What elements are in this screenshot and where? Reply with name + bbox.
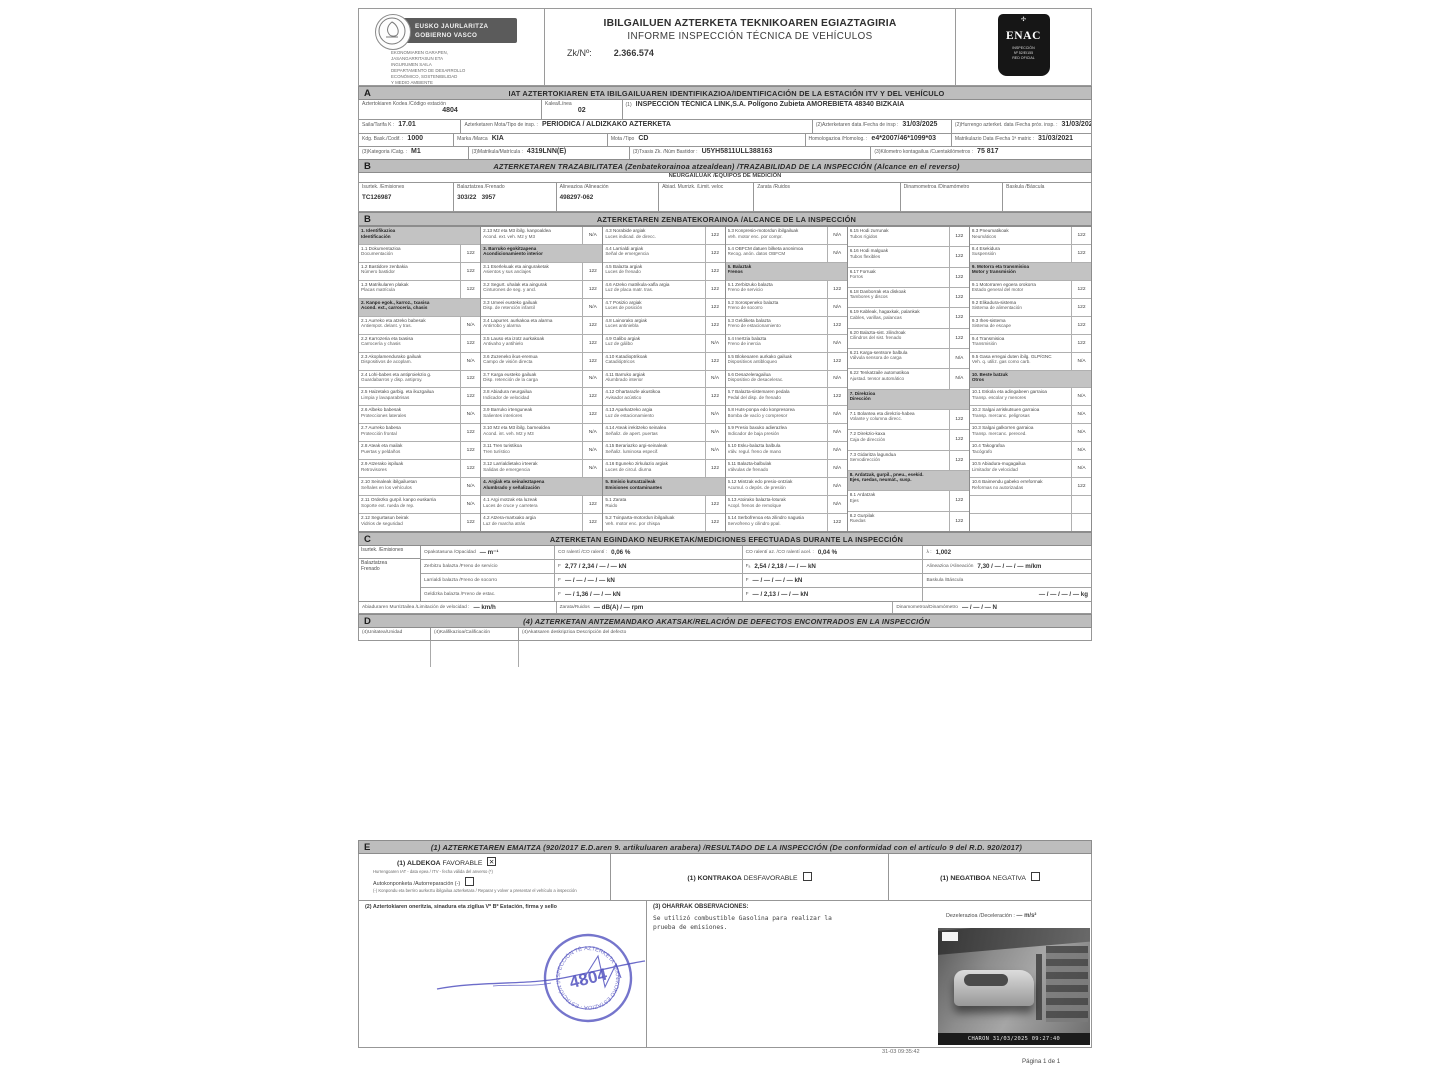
item-result: N/A xyxy=(827,371,847,388)
measurement-row: Larrialdi balazta /Freno de socorroF— / … xyxy=(421,574,1091,588)
item-result: N/A xyxy=(827,335,847,352)
section-c-bar: C AZTERKETAN EGINDAKO NEURKETAK/MEDICION… xyxy=(358,532,1092,546)
equipment-label: Zarata /Ruidos xyxy=(757,184,896,190)
scope-item: 1.2 Bastidore zenbakiaNúmero bastidor122 xyxy=(359,263,480,281)
deceleration-field: Dezelerazioa /Deceleración : — m/s² xyxy=(946,913,1036,919)
item-result: 122 xyxy=(827,388,847,405)
item-label-es: Carrocería y chasis xyxy=(361,341,458,347)
odometer: (3)Kilometro kontagailua /Cuentakilómetr… xyxy=(871,147,1091,160)
item-result: 122 xyxy=(582,514,602,531)
item-label-es: Sistema de alimentación xyxy=(972,305,1069,311)
item-label-es: Avisador acústico xyxy=(605,395,702,401)
scope-item: 6.15 Hodi zurrunakTubos rígidos122 xyxy=(848,227,969,247)
item-result: N/A xyxy=(1071,388,1091,405)
scope-item: 2.7 Aurreko babesaProtección frontal122 xyxy=(359,424,480,442)
item-label-es: Válvula sensora de carga xyxy=(850,355,947,361)
vin-label: (3)Txasis Zk. /Núm Bastidor : xyxy=(633,149,698,155)
item-label-es: Sistema de escape xyxy=(972,323,1069,329)
item-result: 122 xyxy=(460,263,480,280)
scope-item: 9.1 Motorraren egoera orokorraEstado gen… xyxy=(970,281,1091,299)
category: (3)Kategoria /Catg. :M1 xyxy=(359,147,469,160)
scope-item: 5.4 OBFCM datuen bilketa anonimoaRecog. … xyxy=(726,245,847,263)
scope-item: 6.1 Zerbitzuko balaztaFreno de servicio1… xyxy=(726,281,847,299)
item-label-es: Acopl. frenos de remolque xyxy=(728,503,825,509)
item-result: N/A xyxy=(949,349,969,368)
category-value: M1 xyxy=(411,148,421,155)
print-timestamp: 31-03 09:35:42 xyxy=(882,1049,920,1055)
scope-item: 6.21 Karga-sentsore balbulaVálvula senso… xyxy=(848,349,969,369)
equipment-label: Abiad. Murrizk. /Limit. veloc xyxy=(662,184,750,190)
inspection-type-label: Azterketaren Mota/Tipo de insp. : xyxy=(464,122,537,128)
inspection-photo: CHARON 31/03/2025 09:27:40 xyxy=(938,928,1090,1045)
item-label-es: Estado general del motor xyxy=(972,287,1069,293)
first-registration-date: Matrikulazio Data /Fecha 1ª matric :31/0… xyxy=(952,134,1091,147)
next-inspection-date-label: (2)Hurrengo azterket. data /Fecha próx. … xyxy=(955,122,1058,128)
item-label-es: Dispositivos de acoplam. xyxy=(361,359,458,365)
measurement-row: Geldizka balazta /Freno de estac.F— / 1,… xyxy=(421,588,1091,601)
measurement-label: Zerbitzu balazta /Freno de servicio xyxy=(424,564,498,569)
autorepair-checkbox xyxy=(465,877,474,886)
measurement-value: — dB(A) / — rpm xyxy=(594,604,644,611)
item-result: 122 xyxy=(460,424,480,441)
measurement-label: Geldizka balazta /Freno de estac. xyxy=(424,592,495,597)
scope-item: 10.1 Eskola eta adingabeen garraioaTrans… xyxy=(970,388,1091,406)
item-result: N/A xyxy=(827,424,847,441)
scope-item: 10.6 Baimendu gabeko erreformakReformas … xyxy=(970,478,1091,496)
section-d-letter: D xyxy=(359,616,388,627)
autorepair-note: (-) Konpondu eta berriro aurkeztu ibilga… xyxy=(373,888,604,893)
scope-item: 10.4 TakografoaTacógrafoN/A xyxy=(970,442,1091,460)
item-label-es: Tubos flexibles xyxy=(850,254,947,260)
item-result: 122 xyxy=(1071,335,1091,352)
item-result: N/A xyxy=(949,369,969,388)
measurement-row: Opakotasuna /Opacidad— m⁻¹CO ralentí /CO… xyxy=(421,546,1091,560)
plate-value: 4319LNN(E) xyxy=(527,148,566,155)
result-unfavorable-cell: (1) KONTRAKOA DESFAVORABLE xyxy=(611,854,889,900)
item-label-es: Luces de frenado xyxy=(605,269,702,275)
defects-col-rating: (4)Kalifikazioa/Calificación xyxy=(431,628,519,640)
scope-item: 6.9 Presio baxuko adierazleaIndicador de… xyxy=(726,424,847,442)
item-result: 122 xyxy=(827,317,847,334)
measurement-row: Zerbitzu balazta /Freno de servicioF2,77… xyxy=(421,560,1091,574)
measurements-table: Isurtek. /Emisiones Balaztatzea Frenado … xyxy=(358,546,1092,602)
document-title-eu: IBILGAILUEN AZTERKETA TEKNIKOAREN EGIAZT… xyxy=(545,18,955,29)
station-name-label: (1) xyxy=(626,102,632,108)
item-result: 122 xyxy=(705,317,725,334)
item-result: N/A xyxy=(1071,424,1091,441)
item-label-es: Cilindros del sist. frenado xyxy=(850,335,947,341)
scope-item xyxy=(970,514,1091,531)
favorable-note: Hurrengoaren IAT - data epea / ITV - fec… xyxy=(373,869,604,874)
item-label-es: Asientos y sus anclajes xyxy=(483,269,580,275)
make: Marka /MarcaKIA xyxy=(454,134,608,147)
scope-item: 6.4 Inertzia balaztaFreno de inerciaN/A xyxy=(726,335,847,353)
document-header: EUSKO JAURLARITZA GOBIERNO VASCO EKONOMI… xyxy=(358,8,1092,86)
measurement-label: Larrialdi balazta /Freno de socorro xyxy=(424,578,497,583)
codif: Kdg. Bask./Codif. :1000 xyxy=(359,134,454,147)
scope-item: 4.3 Norabide argiakLuces indicad. de dir… xyxy=(603,227,724,245)
scope-item: 2.13 M2 eta M3 ibilg. kanpoaldeaAcond. e… xyxy=(481,227,602,245)
scope-item xyxy=(970,496,1091,514)
measurement-label: Abiaduraren Murriztailea /Limitación de … xyxy=(362,605,469,610)
equipment-cell: Zarata /Ruidos xyxy=(754,183,900,211)
photo-vehicle-window xyxy=(964,974,1008,986)
station-code: Aztertokiaren Kodea /Código estación4804 xyxy=(359,100,542,119)
scope-section-header: 2. Kanpo egok., karroz., txasisaAcond. e… xyxy=(359,299,480,317)
scope-section-header: 1. IdentifikazioaIdentificación xyxy=(359,227,480,245)
item-result: 122 xyxy=(1071,281,1091,298)
plate-label: (3)Matrikula/Matrícula : xyxy=(472,149,523,155)
item-result: N/A xyxy=(705,406,725,423)
equipment-label: Balaztatzea /Frenado xyxy=(457,184,552,190)
measurement-label: Fₐ xyxy=(746,564,751,569)
item-result: 122 xyxy=(582,317,602,334)
scope-item: 3.1 Eserlekuak eta ainguraketakAsientos … xyxy=(481,263,602,281)
item-label-es: Tambores y discos xyxy=(850,294,947,300)
equipment-serial: 303/22 3957 xyxy=(457,194,552,201)
item-label-es: Alumbrado interior xyxy=(605,377,702,383)
inspection-date-value: 31/03/2025 xyxy=(902,121,937,128)
measurement-value: — / — / — N xyxy=(962,604,997,611)
autorepair-line: Autokonponketa /Autorreparación (-) xyxy=(373,877,604,887)
item-result: 122 xyxy=(460,371,480,388)
enac-accreditation-text: INSPECCIÓN Nº 52/EI155 RED OFICIAL xyxy=(998,46,1050,62)
measurement-cell: Opakotasuna /Opacidad— m⁻¹ xyxy=(421,546,555,559)
item-label-es: Frenos xyxy=(728,269,845,275)
item-label-es: Placas matrícula xyxy=(361,287,458,293)
item-result: 122 xyxy=(705,227,725,244)
measurement-cell: Alineazioa /Alineación7,30 / — / — / — m… xyxy=(923,560,1091,573)
scope-column: 1. IdentifikazioaIdentificación1.1 Dokum… xyxy=(359,227,481,531)
scope-item: 1.3 Matrikularen plakakPlacas matrícula1… xyxy=(359,281,480,299)
item-result: 122 xyxy=(1071,317,1091,334)
measurement-value: — / — / — / — kg xyxy=(1039,591,1088,598)
item-result: N/A xyxy=(705,424,725,441)
item-result: 122 xyxy=(582,263,602,280)
item-label-es: Luces de circul. diurna xyxy=(605,467,702,473)
item-label-es: Suspensión xyxy=(972,251,1069,257)
item-label-es: Salientes interiores xyxy=(483,413,580,419)
item-label-es: Reformas no autorizadas xyxy=(972,485,1069,491)
item-label-es: Señales en los vehículos xyxy=(361,485,458,491)
measurement-cell: CO ralentí /CO ralentí :0,06 % xyxy=(555,546,743,559)
scope-item: 3.5 Lauso eta izotz aurkakoakAntivaho y … xyxy=(481,335,602,353)
scope-column: 2.13 M2 eta M3 ibilg. kanpoaldeaAcond. e… xyxy=(481,227,603,531)
identification-row: Saila/Tarifa K :17.01Azterketaren Mota/T… xyxy=(358,120,1092,134)
scope-section-header: 6. BalaztakFrenos xyxy=(726,263,847,281)
report-number-value: 2.366.574 xyxy=(614,48,654,58)
scope-section-header: 4. Argiak eta seinaleztapenaAlumbrado y … xyxy=(481,478,602,496)
measurement-label: F xyxy=(746,592,749,597)
item-label-es: Neumáticos xyxy=(972,234,1069,240)
item-label-es: Forros xyxy=(850,274,947,280)
item-label-es: Bomba de vacío y compresor xyxy=(728,413,825,419)
measurement-value: 2,77 / 2,34 / — / — kN xyxy=(565,563,627,570)
item-result: N/A xyxy=(582,442,602,459)
item-result: N/A xyxy=(1071,460,1091,477)
scope-item: 8.3 PneumatikoakNeumáticos122 xyxy=(970,227,1091,245)
item-label-es: Motor y transmisión xyxy=(972,269,1089,275)
scope-item: 2.5 Haizetako garbig. eta ikuzgailuaLimp… xyxy=(359,388,480,406)
type: Mota /TipoCD xyxy=(608,134,806,147)
section-b1-bar: B AZTERKETAREN TRAZABILITATEA (Zenbateko… xyxy=(358,159,1092,173)
measurement-cell: CO ralentí az. /CO ralentí acel. :0,04 % xyxy=(743,546,924,559)
scope-item: 6.10 Esku-balazta balbulaVálv. regul. fr… xyxy=(726,442,847,460)
item-label-es: Dirección xyxy=(850,396,967,402)
first-registration-date-label: Matrikulazio Data /Fecha 1ª matric : xyxy=(955,136,1034,142)
item-result: 122 xyxy=(460,442,480,459)
section-b2-title: AZTERKETAREN ZENBATEKORAINOA /ALCANCE DE… xyxy=(388,215,1091,224)
item-label-es: Veh. q. utiliz. gas como carb. xyxy=(972,359,1069,365)
item-result: N/A xyxy=(1071,406,1091,423)
equipment-label: Alineazioa /Alineación xyxy=(560,184,655,190)
document-page: EUSKO JAURLARITZA GOBIERNO VASCO EKONOMI… xyxy=(358,8,1092,1070)
scope-item: 3.10 M2 eta M3 ibilg. barnealdeaAcond. i… xyxy=(481,424,602,442)
item-result: 122 xyxy=(582,281,602,298)
item-result: 122 xyxy=(460,388,480,405)
tariff: Saila/Tarifa K :17.01 xyxy=(359,120,461,133)
measurement-label: Alineazioa /Alineación xyxy=(926,564,973,569)
section-d-bar: D (4) AZTERKETAN ANTZEMANDAKO AKATSAK/RE… xyxy=(358,614,1092,628)
item-label-es: Número bastidor xyxy=(361,269,458,275)
scope-item: 3.3 Umeei eusteko gailuakDisp. de retenc… xyxy=(481,299,602,317)
identification-row: Kdg. Bask./Codif. :1000Marka /MarcaKIAMo… xyxy=(358,134,1092,148)
item-result: 122 xyxy=(949,329,969,348)
measurement-label: λ : xyxy=(926,550,931,555)
item-label-es: Válv. regul. freno de mano xyxy=(728,449,825,455)
item-label-es: Ejes, ruedas, neumát., susp. xyxy=(850,477,967,483)
measurement-label: Zarata/Ruidos xyxy=(560,605,590,610)
measurement-label: F xyxy=(558,578,561,583)
item-result: 122 xyxy=(949,451,969,470)
scope-item: 8.1 ArdatzakEjes122 xyxy=(848,491,969,511)
station-name-value: INSPECCIÓN TÉCNICA LINK,S.A. Polígono Zu… xyxy=(636,101,905,108)
measurement-value: — / 1,36 / — / — kN xyxy=(565,591,621,598)
homologation-value: e4*2007/46*1099*03 xyxy=(871,135,936,142)
inspection-date: (2)Azterketaren data /Fecha de insp :31/… xyxy=(813,120,952,133)
station-stamp-and-signature: · AZTERKETA TEKNIKOKO ESTAZIOA · ESTACIÓ… xyxy=(433,903,668,1053)
item-label-es: Catadióptricos xyxy=(605,359,702,365)
item-result: N/A xyxy=(705,371,725,388)
measurement-cell: Baskula /Báscula xyxy=(923,574,1091,587)
result-favorable: (1) ALDEKOA FAVORABLE xyxy=(373,857,604,867)
item-result: N/A xyxy=(582,371,602,388)
department-name-es: DEPARTAMENTO DE DESARROLLO ECONÓMICO, SO… xyxy=(391,68,465,86)
report-number: Zk/Nº:2.366.574 xyxy=(545,48,955,58)
result-row: (1) ALDEKOA FAVORABLE Hurrengoaren IAT -… xyxy=(358,854,1092,901)
item-label-es: Vidrios de seguridad xyxy=(361,521,458,527)
department-name-eu: EKONOMIAREN GARAPEN, JASANGARRITASUN ETA… xyxy=(391,50,448,68)
scope-item: 6.2 Sorospeneko balaztaFreno de socorroN… xyxy=(726,299,847,317)
measurements-legend: Isurtek. /Emisiones Balaztatzea Frenado xyxy=(359,546,421,601)
item-label-es: Indicador de velocidad xyxy=(483,395,580,401)
item-label-es: Retrovisores xyxy=(361,467,458,473)
item-label-es: Luz de placa matr. tras. xyxy=(605,287,702,293)
scope-item: 3.8 Abiadura neurgailuaIndicador de velo… xyxy=(481,388,602,406)
item-label-es: Disp. retención de la carga xyxy=(483,377,580,383)
item-result: 122 xyxy=(705,245,725,262)
item-label-es: Protección frontal xyxy=(361,431,458,437)
equipment-table: Isurtek. /EmisionesTC126987Balaztatzea /… xyxy=(358,183,1092,212)
measurement-value: — / 2,13 / — / — kN xyxy=(753,591,809,598)
scope-item: 5.3 Konpresio-motordun ibilgailuakVeh. m… xyxy=(726,227,847,245)
item-result: 122 xyxy=(949,308,969,327)
item-result: 122 xyxy=(949,512,969,531)
equipment-label: Dinamometroa /Dinamómetro xyxy=(904,184,999,190)
item-result: 122 xyxy=(582,335,602,352)
next-inspection-date-value: 31/03/2027 xyxy=(1061,121,1091,128)
section-e-bar: E (1) AZTERKETAREN EMAITZA (920/2017 E.D… xyxy=(358,840,1092,854)
inspection-type-value: PERIODICA / ALDIZKAKO AZTERKETA xyxy=(542,121,671,128)
identification-table: Aztertokiaren Kodea /Código estación4804… xyxy=(358,100,1092,161)
item-result: 122 xyxy=(949,268,969,287)
item-label-es: Alumbrado y señalización xyxy=(483,485,600,491)
scope-item: 10.3 Salgai galkorren garraioaTransp. me… xyxy=(970,424,1091,442)
measurement-label: F xyxy=(558,564,561,569)
scope-column: 5.3 Konpresio-motordun ibilgailuakVeh. m… xyxy=(726,227,848,531)
scope-item: 2.12 Segurtasun beirakVidrios de segurid… xyxy=(359,514,480,531)
item-label-es: Acond. ext., carrocería, chasis xyxy=(361,305,478,311)
item-result: 122 xyxy=(949,288,969,307)
item-result: N/A xyxy=(460,478,480,495)
scope-section-header: 3. Barruko egokitzapenaAcondicionamiento… xyxy=(481,245,602,263)
scope-item: 6.6 DesazeleragailuaDispositivo de desac… xyxy=(726,371,847,389)
scope-item: 5.2 Txinparta-motordun ibilgailuakVeh. m… xyxy=(603,514,724,531)
measurement-cell: Zerbitzu balazta /Freno de servicio xyxy=(421,560,555,573)
item-label-es: Transp. escolar y menores xyxy=(972,395,1069,401)
scope-section-header: 10. Beste batzukOtros xyxy=(970,371,1091,389)
item-result: N/A xyxy=(582,227,602,244)
item-label-es: Protecciones laterales xyxy=(361,413,458,419)
type-label: Mota /Tipo xyxy=(611,136,634,142)
item-label-es: Tacógrafo xyxy=(972,449,1069,455)
equipment-cell: Baskula /Báscula xyxy=(1003,183,1091,211)
scope-item: 6.3 Geldiketa balaztaFreno de estacionam… xyxy=(726,317,847,335)
first-registration-date-value: 31/03/2021 xyxy=(1038,135,1073,142)
item-label-es: Guardabarros y disp. antiproy. xyxy=(361,377,458,383)
scope-item: 4.9 Galibo argiakLuz de gáliboN/A xyxy=(603,335,724,353)
item-result: 122 xyxy=(582,406,602,423)
scope-item: 10.5 Abiadura-mugagailuaLimitador de vel… xyxy=(970,460,1091,478)
scope-item: 2.10 Seinaleak ibilgailuetanSeñales en l… xyxy=(359,478,480,496)
item-result: 122 xyxy=(827,514,847,531)
scope-item: 4.8 Lainorako argiakLuces antiniebla122 xyxy=(603,317,724,335)
photo-lift-post xyxy=(1036,954,1042,1020)
result-favorable-cell: (1) ALDEKOA FAVORABLE Hurrengoaren IAT -… xyxy=(359,854,611,900)
scope-item: 3.4 Lapurret. aurkakoa eta alarmaAntirro… xyxy=(481,317,602,335)
inspection-type: Azterketaren Mota/Tipo de insp. :PERIODI… xyxy=(461,120,812,133)
observations-text: Se utilizó combustible Gasolina para rea… xyxy=(653,914,832,933)
measurement-cell: λ :1,002 xyxy=(923,546,1091,559)
item-result: 122 xyxy=(460,281,480,298)
measurement-cell: F— / — / — / — kN xyxy=(555,574,743,587)
scope-item: 6.8 Huts-ponpa edo konpresoreaBomba de v… xyxy=(726,406,847,424)
item-label-es: Acond. ext. veh. M2 y M3 xyxy=(483,234,580,240)
item-label-es: Antiempot. delant. y tras. xyxy=(361,323,458,329)
section-a-letter: A xyxy=(359,88,388,99)
measurement-cell: Zarata/Ruidos— dB(A) / — rpm xyxy=(557,602,894,613)
item-result: 122 xyxy=(1071,299,1091,316)
section-b1-title: AZTERKETAREN TRAZABILITATEA (Zenbatekora… xyxy=(388,162,1091,171)
scope-item: 8.4 EsekiduraSuspensión122 xyxy=(970,245,1091,263)
item-label-es: Identificación xyxy=(361,234,478,240)
item-label-es: Acumul. o depós. de presión xyxy=(728,485,825,491)
inspection-date-label: (2)Azterketaren data /Fecha de insp : xyxy=(816,122,899,128)
measurement-value: 2,54 / 2,18 / — / — kN xyxy=(754,563,816,570)
homologation-label: Homologazioa /Homolog. : xyxy=(809,136,868,142)
item-label-es: Campo de visión directa xyxy=(483,359,580,365)
scope-item: 10.2 Salgai arriskutsuen garraioaTransp.… xyxy=(970,406,1091,424)
item-result: N/A xyxy=(827,442,847,459)
section-e-letter: E xyxy=(359,842,388,853)
equipment-cell: Alineazioa /Alineación498297-062 xyxy=(557,183,659,211)
item-result: N/A xyxy=(460,406,480,423)
item-result: 122 xyxy=(1071,478,1091,495)
measurement-label: Opakotasuna /Opacidad xyxy=(424,550,476,555)
legend-emissions: Isurtek. /Emisiones xyxy=(359,546,420,559)
equipment-serial: TC126987 xyxy=(362,194,450,201)
item-label-es: Limpia y lavaparabrisas xyxy=(361,395,458,401)
scope-item: 7.1 Bolantea eta direkzio-habeaVolante y… xyxy=(848,410,969,430)
scope-item: 6.18 Danborrak eta diskoakTambores y dis… xyxy=(848,288,969,308)
measurement-cell: Dinamometroa/Dinamómetro— / — / — N xyxy=(893,602,1091,613)
scope-item: 6.14 Serbofrenoa eta zilindro nagusiaSer… xyxy=(726,514,847,531)
measurements-bottom-row: Abiaduraren Murriztailea /Limitación de … xyxy=(358,602,1092,614)
gov-logo-block: EUSKO JAURLARITZA GOBIERNO VASCO EKONOMI… xyxy=(359,9,545,85)
favorable-checkbox-checked xyxy=(487,857,496,866)
measurement-value: 0,04 % xyxy=(818,549,837,556)
enac-crown-icon: ✣ xyxy=(998,14,1050,23)
item-label-es: Antirrobo y alarma xyxy=(483,323,580,329)
item-result: N/A xyxy=(705,335,725,352)
item-result: N/A xyxy=(460,496,480,513)
item-label-es: Recog. anón. datos OBFCM xyxy=(728,251,825,257)
item-label-es: Luz de marcha atrás xyxy=(483,521,580,527)
measurement-cell: Larrialdi balazta /Freno de socorro xyxy=(421,574,555,587)
result-negative-cell: (1) NEGATIBOA NEGATIVA xyxy=(889,854,1091,900)
photo-caption: CHARON 31/03/2025 09:27:40 xyxy=(938,1033,1090,1045)
item-label-es: Luz de gálibo xyxy=(605,341,702,347)
item-label-es: Freno de estacionamiento xyxy=(728,323,825,329)
item-label-es: Señaliz. luminosa especif. xyxy=(605,449,702,455)
item-label-es: Dispositivos antibloqueo xyxy=(728,359,825,365)
item-label-es: Servodirección xyxy=(850,457,947,463)
scope-item: 2.9 Atzerako ispiluakRetrovisores122 xyxy=(359,460,480,478)
scope-item: 6.16 Hodi malguakTubos flexibles122 xyxy=(848,247,969,267)
measurement-cell: Abiaduraren Murriztailea /Limitación de … xyxy=(359,602,557,613)
item-label-es: Puertas y peldaños xyxy=(361,449,458,455)
item-result: N/A xyxy=(827,227,847,244)
vin-value: U5YH5811ULL388163 xyxy=(702,148,773,155)
odometer-label: (3)Kilometro kontagailua /Cuentakilómetr… xyxy=(874,149,973,155)
item-result: N/A xyxy=(1071,353,1091,370)
item-result: 122 xyxy=(949,247,969,266)
equipment-band-title: NEURGAILUAK /EQUIPOS DE MEDICIÓN xyxy=(358,173,1092,183)
title-block: IBILGAILUEN AZTERKETA TEKNIKOAREN EGIAZT… xyxy=(545,9,955,85)
defects-header-row: (4)Unitatea/Unidad (4)Kalifikazioa/Calif… xyxy=(358,628,1092,641)
item-result: N/A xyxy=(460,317,480,334)
scope-item: 4.13 Aparkatzeko argiaLuz de estacionami… xyxy=(603,406,724,424)
measurement-value: — / — / — / — kN xyxy=(565,577,615,584)
item-label-es: Ruido xyxy=(605,503,702,509)
equipment-cell: Balaztatzea /Frenado303/22 3957 xyxy=(454,183,556,211)
item-result: N/A xyxy=(827,496,847,513)
scope-item: 6.12 Mintzak edo presio-ontziakAcumul. o… xyxy=(726,478,847,496)
item-label-es: Señaliz. de apert. puertas xyxy=(605,431,702,437)
scope-item: 6.11 Balazta-balbulakVálvulas de frenado… xyxy=(726,460,847,478)
item-label-es: Cables, varillas, palancas xyxy=(850,315,947,321)
scope-item: 4.6 Atzeko matrikula-xafla argiaLuz de p… xyxy=(603,281,724,299)
